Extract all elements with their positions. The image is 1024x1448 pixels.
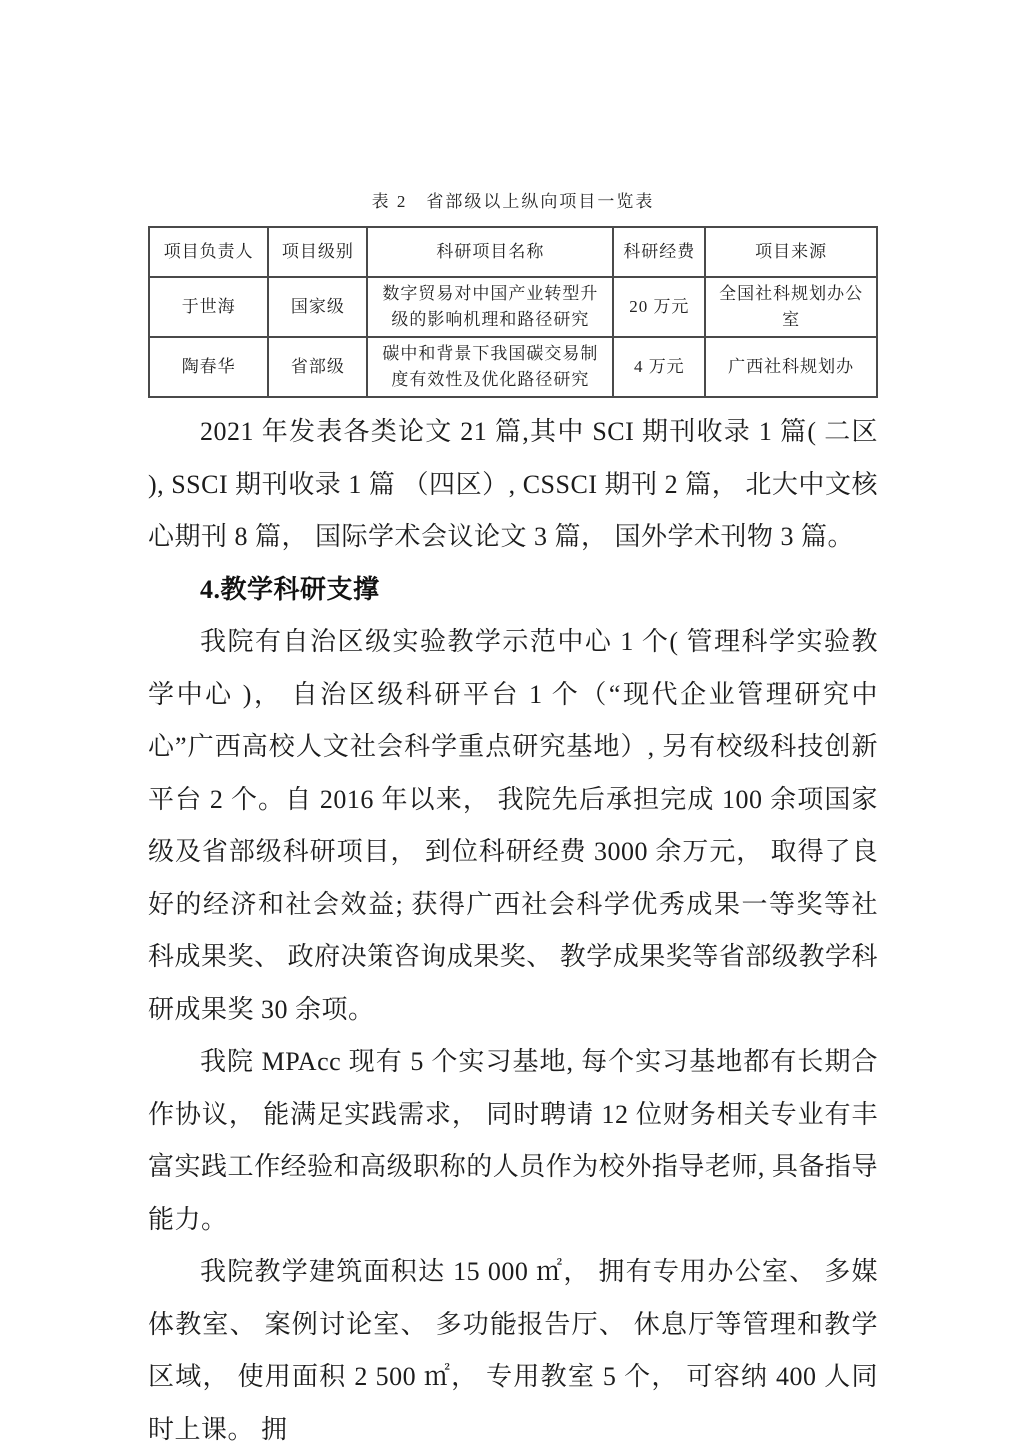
cell-source: 全国社科规划办公室 (705, 277, 877, 337)
header-cell-project-source: 项目来源 (705, 227, 877, 277)
table-row: 于世海 国家级 数字贸易对中国产业转型升级的影响机理和路径研究 20 万元 全国… (149, 277, 877, 337)
cell-project-name: 数字贸易对中国产业转型升级的影响机理和路径研究 (367, 277, 613, 337)
cell-leader: 于世海 (149, 277, 268, 337)
cell-project-name: 碳中和背景下我国碳交易制度有效性及优化路径研究 (367, 337, 613, 397)
header-cell-project-name: 科研项目名称 (367, 227, 613, 277)
paragraph-facilities: 我院教学建筑面积达 15 000 ㎡， 拥有专用办公室、 多媒体教室、 案例讨论… (148, 1246, 878, 1448)
cell-level: 省部级 (268, 337, 367, 397)
header-cell-project-leader: 项目负责人 (149, 227, 268, 277)
paragraph-internship-bases: 我院 MPAcc 现有 5 个实习基地, 每个实习基地都有长期合作协议， 能满足… (148, 1036, 878, 1246)
paragraph-publications: 2021 年发表各类论文 21 篇,其中 SCI 期刊收录 1 篇( 二区 ),… (148, 406, 878, 564)
section-heading-teaching-research-support: 4.教学科研支撑 (148, 564, 878, 617)
page-number: 7 (0, 1316, 1024, 1336)
cell-source: 广西社科规划办 (705, 337, 877, 397)
projects-table: 项目负责人 项目级别 科研项目名称 科研经费 项目来源 于世海 国家级 数字贸易… (148, 226, 878, 398)
header-cell-project-funds: 科研经费 (613, 227, 705, 277)
paragraph-platforms-achievements: 我院有自治区级实验教学示范中心 1 个( 管理科学实验教学中心 )， 自治区级科… (148, 616, 878, 1036)
table-header-row: 项目负责人 项目级别 科研项目名称 科研经费 项目来源 (149, 227, 877, 277)
cell-funds: 4 万元 (613, 337, 705, 397)
document-page: 表 2 省部级以上纵向项目一览表 项目负责人 项目级别 科研项目名称 科研经费 … (0, 0, 1024, 1448)
cell-funds: 20 万元 (613, 277, 705, 337)
cell-leader: 陶春华 (149, 337, 268, 397)
table-row: 陶春华 省部级 碳中和背景下我国碳交易制度有效性及优化路径研究 4 万元 广西社… (149, 337, 877, 397)
cell-level: 国家级 (268, 277, 367, 337)
table-caption: 表 2 省部级以上纵向项目一览表 (148, 190, 878, 214)
header-cell-project-level: 项目级别 (268, 227, 367, 277)
